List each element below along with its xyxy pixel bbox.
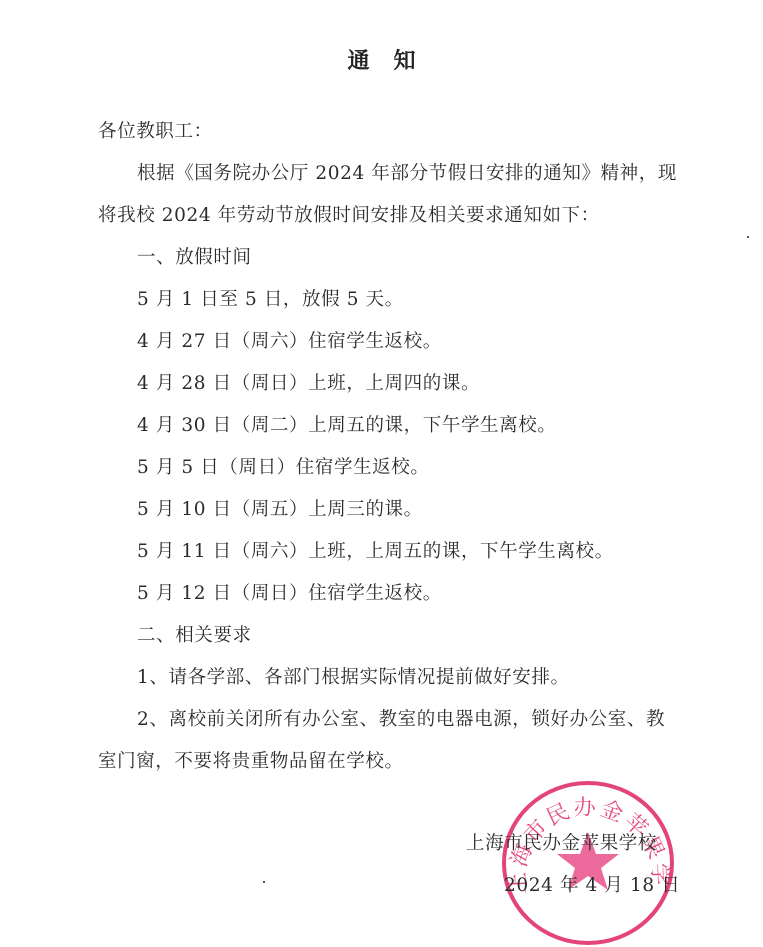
page-title: 通知	[0, 44, 763, 75]
section1-heading: 一、放假时间	[137, 246, 252, 270]
schedule-item: 5 月 10 日（周五）上周三的课。	[137, 498, 423, 522]
official-stamp: 上海市民办金苹果学校	[500, 780, 676, 946]
scan-artifact	[263, 881, 265, 883]
scan-artifact	[747, 236, 749, 238]
section2-heading: 二、相关要求	[137, 624, 252, 648]
schedule-item: 5 月 1 日至 5 日，放假 5 天。	[137, 288, 404, 312]
requirement-item: 1、请各学部、各部门根据实际情况提前做好安排。	[137, 666, 570, 690]
requirement-continuation: 室门窗，不要将贵重物品留在学校。	[98, 750, 404, 774]
schedule-item: 5 月 12 日（周日）住宿学生返校。	[137, 582, 442, 606]
salutation: 各位教职工：	[98, 120, 213, 144]
schedule-item: 4 月 27 日（周六）住宿学生返校。	[137, 330, 442, 354]
notice-page: 通知 各位教职工： 根据《国务院办公厅 2024 年部分节假日安排的通知》精神，…	[0, 0, 763, 947]
schedule-item: 5 月 11 日（周六）上班，上周五的课，下午学生离校。	[137, 540, 614, 564]
signature-date: 2024 年 4 月 18 日	[504, 874, 680, 898]
intro-line-2: 将我校 2024 年劳动节放假时间安排及相关要求通知如下：	[98, 204, 600, 228]
signature-organization: 上海市民办金苹果学校	[466, 832, 657, 856]
schedule-item: 5 月 5 日（周日）住宿学生返校。	[137, 456, 429, 480]
schedule-item: 4 月 28 日（周日）上班，上周四的课。	[137, 372, 480, 396]
requirement-item: 2、离校前关闭所有办公室、教室的电器电源，锁好办公室、教	[137, 708, 665, 732]
schedule-item: 4 月 30 日（周二）上周五的课，下午学生离校。	[137, 414, 556, 438]
intro-line-1: 根据《国务院办公厅 2024 年部分节假日安排的通知》精神，现	[137, 162, 677, 186]
